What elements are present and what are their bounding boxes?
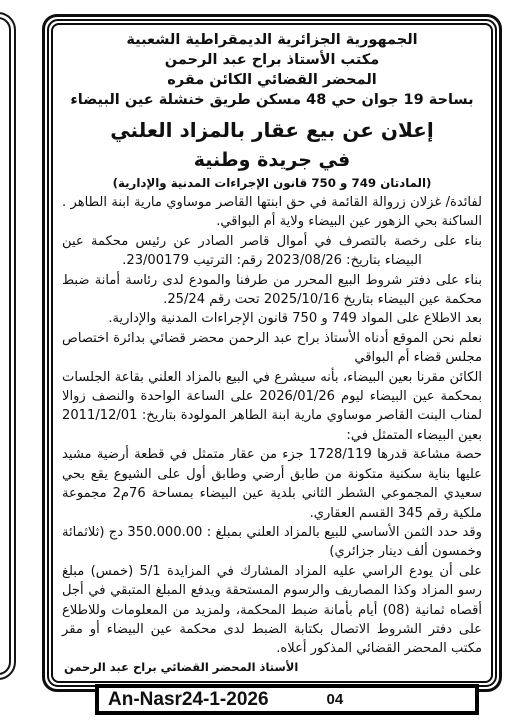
announcement-title: إعلان عن بيع عقار بالمزاد العلني [62, 117, 482, 143]
announcement-subtitle: في جريدة وطنية [62, 148, 482, 173]
announcement-frame-middle: الجمهورية الجزائرية الديمقراطية الشعبية … [47, 19, 497, 687]
paragraph-property-description: حصة مشاعة قدرها 1728/119 جزء من عقار متم… [62, 445, 482, 523]
paragraph-bailiff-declaration: نعلم نحن الموقع أدناه الأستاذ براح عبد ا… [62, 329, 482, 368]
header-office-line: مكتب الأستاذ براح عبد الرحمن [62, 50, 482, 70]
newspaper-announcement-page: الجمهورية الجزائرية الديمقراطية الشعبية … [0, 0, 520, 721]
adjacent-announcement-frame-inner-line [0, 17, 11, 675]
bailiff-signature: الأستاذ المحضر القضائي براح عبد الرحمن [64, 660, 482, 675]
announcement-frame-outer: الجمهورية الجزائرية الديمقراطية الشعبية … [42, 14, 502, 692]
header-republic-line: الجمهورية الجزائرية الديمقراطية الشعبية [62, 30, 482, 50]
announcement-frame-inner: الجمهورية الجزائرية الديمقراطية الشعبية … [51, 23, 493, 683]
adjacent-announcement-frame [0, 12, 16, 680]
paragraph-auction-date: الكائن مقرنا بعين البيضاء، بأنه سيشرع في… [62, 368, 482, 446]
header-address-line: بساحة 19 جوان حي 48 مسكن طريق خنشلة عين … [62, 90, 482, 110]
publication-date: 24-1-2026 [182, 689, 269, 710]
announcement-body: لفائدة/ غزلان زروالة القائمة في حق ابنته… [62, 193, 482, 659]
paragraph-base-price: وقد حدد الثمن الأساسي للبيع بالمزاد العل… [62, 523, 482, 562]
paragraph-conditions-book: بناء على دفتر شروط البيع المحرر من طرفنا… [62, 271, 482, 310]
header-bailiff-line: المحضر القضائي الكائن مقره [62, 70, 482, 90]
paragraph-articles: بعد الاطلاع على المواد 749 و 750 قانون ا… [62, 309, 482, 328]
paragraph-license: بناء على رخصة بالتصرف في أموال قاصر الصا… [62, 232, 482, 271]
legal-reference: (المادتان 749 و 750 قانون الإجراءات المد… [62, 175, 482, 191]
paragraph-beneficiary: لفائدة/ غزلان زروالة القائمة في حق ابنته… [62, 193, 482, 232]
newspaper-imprint-box: An-Nasr24-1-2026 04 [95, 684, 479, 715]
page-number: 04 [327, 691, 344, 708]
newspaper-name-and-date: An-Nasr24-1-2026 [108, 689, 269, 711]
paragraph-payment-terms: على أن يودع الراسي عليه المزاد المشارك ف… [62, 562, 482, 659]
newspaper-name: An-Nasr [108, 689, 182, 710]
